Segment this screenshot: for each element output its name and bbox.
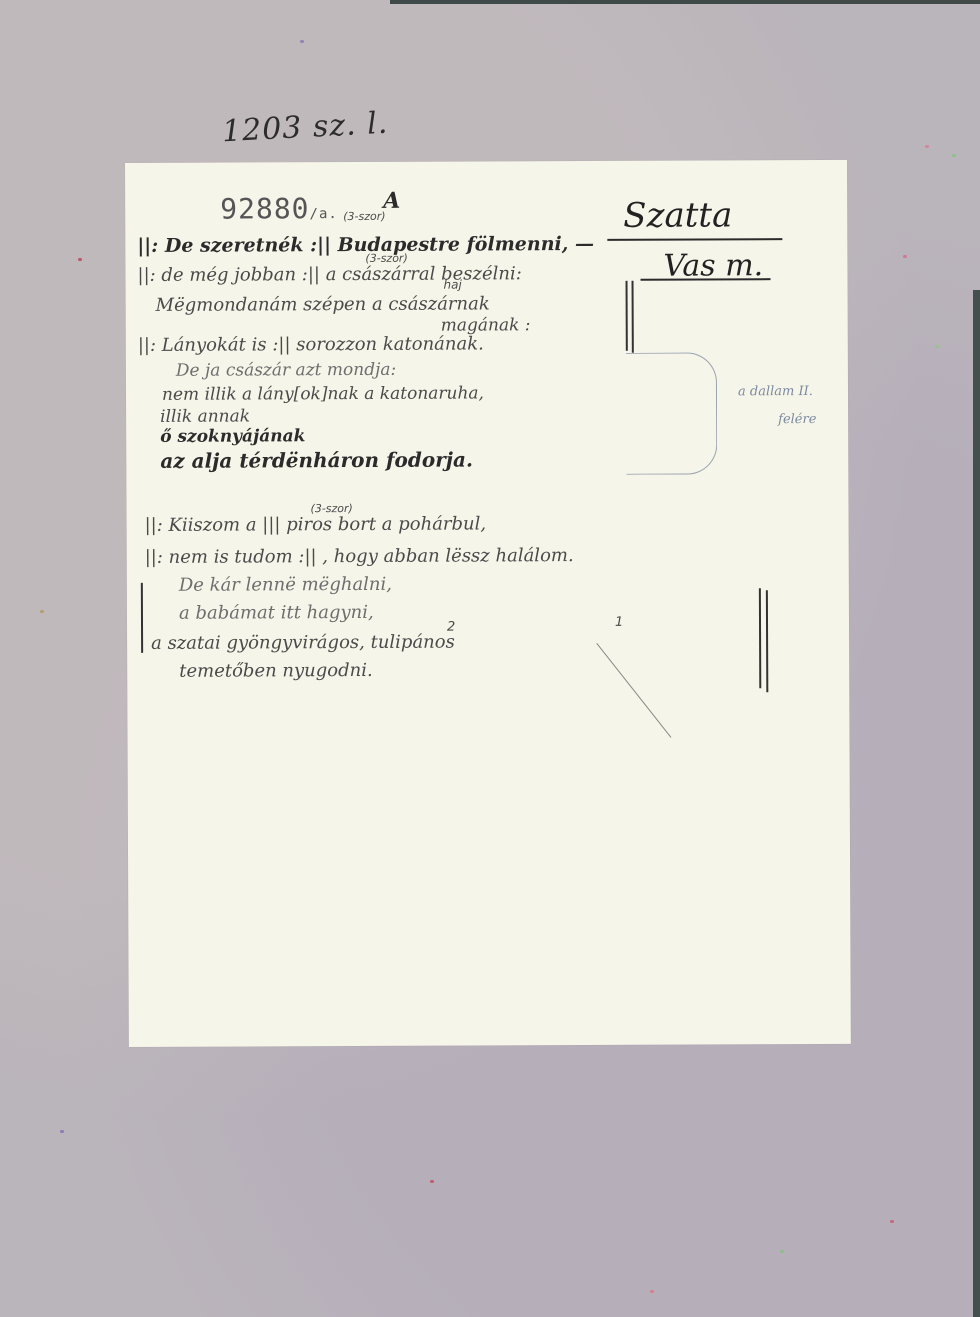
margin-note: felére: [778, 412, 816, 427]
repeat-bar: [766, 590, 768, 692]
verse-line: De ja császár azt mondja:: [176, 360, 396, 381]
verse-line: a babámat itt hagyni,: [179, 602, 374, 624]
paper-fleck: [300, 40, 304, 43]
paper-fleck: [60, 1130, 64, 1133]
underline-place: [607, 238, 782, 241]
place-name: Szatta: [623, 195, 732, 235]
paper-fleck: [40, 610, 44, 613]
scanner-edge-right: [973, 290, 980, 1317]
verse-line: temetőben nyugodni.: [179, 660, 373, 682]
verse-line: nem illik a lány[ok]nak a katonaruha,: [162, 383, 484, 404]
repeat-bar: [141, 583, 143, 653]
repeat-bar: [759, 588, 761, 688]
paper-fleck: [78, 258, 82, 261]
accession-number: 1203 sz. l.: [221, 106, 389, 150]
verse-line: De kár lennë mëghalni,: [179, 574, 392, 596]
verse-line: az alja térdënháron fodorja.: [160, 447, 473, 472]
paper-fleck: [890, 1220, 894, 1223]
pencil-stroke: [596, 643, 671, 738]
paper-fleck: [903, 255, 907, 258]
verse-line: a szatai gyöngyvirágos, tulipános: [151, 632, 455, 654]
scanner-edge-top: [390, 0, 980, 4]
paper-fleck: [430, 1180, 434, 1183]
paper-fleck: [780, 1250, 784, 1253]
manuscript-sheet: 92880/a. (3-szor) A Szatta Vas m. ||: De…: [125, 160, 851, 1047]
order-numeral: 1: [615, 615, 623, 630]
header-mark: A: [383, 188, 400, 214]
verse-line: ||: de még jobban :|| a császárral beszé…: [137, 263, 521, 286]
repeat-bar: [626, 281, 628, 351]
paper-fleck: [650, 1290, 654, 1293]
stamp-suffix: /a.: [309, 206, 337, 222]
paper-fleck: [952, 154, 956, 157]
repeat-note: (3-szor): [343, 210, 385, 223]
repeat-bar: [632, 281, 634, 353]
verse-line: Mëgmondanám szépen a császárnak: [156, 293, 490, 315]
paper-fleck: [925, 145, 929, 148]
insertion-note: haj: [444, 278, 462, 292]
verse-line: ||: Kiiszom a ||| piros bort a pohárbul,: [145, 513, 487, 535]
verse-line: ||: nem is tudom :|| , hogy abban lëssz …: [145, 545, 574, 568]
verse-line: ő szoknyájának: [160, 426, 305, 447]
verse-line: illik annak: [160, 406, 250, 426]
paper-fleck: [935, 345, 939, 348]
mounting-card: 1203 sz. l. 92880/a. (3-szor) A Szatta V…: [0, 0, 980, 1317]
pencil-bracket: [626, 352, 718, 474]
margin-note: a dallam II.: [738, 384, 813, 399]
stamp-number: 92880: [220, 192, 309, 225]
verse-line: ||: Lányokát is :|| sorozzon katonának.: [138, 333, 484, 356]
archive-stamp-number: 92880/a.: [220, 192, 338, 226]
